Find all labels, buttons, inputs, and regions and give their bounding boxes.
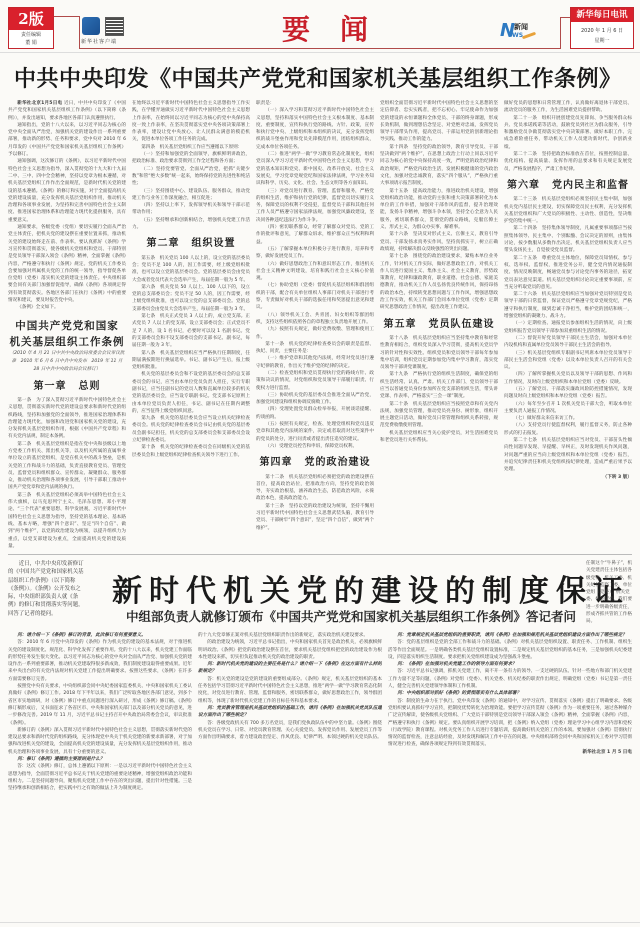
question: 问：请介绍一下《条例》修订的背景，此次修订有何重要意义。 — [8, 632, 192, 639]
divider — [0, 922, 640, 923]
chapter-heading: 第六章党内民主和监督 — [504, 182, 632, 189]
question: 问：修订《条例》遵循的主要原则是什么？ — [8, 756, 192, 763]
editor-label: 责任编辑 董 娟 — [9, 30, 53, 47]
brand-name: 新华每日电讯 — [571, 8, 633, 22]
regulation-title: 中国共产党党和国家 机关基层组织工作条例 — [8, 318, 126, 350]
story1-column-1: 新华社北京1月5日电 近日，中共中央印发了《中国共产党党和国家机关基层组织工作条… — [8, 100, 126, 552]
story1-column-4: 党组织全面贯彻习近平新时代中国特色社会主义思想的坚定信仰者、忠实实践者，把不忘初… — [380, 100, 498, 552]
story2-subheadline: 中组部负责人就修订颁布《中国共产党党和国家机关基层组织工作条例》答记者问 — [126, 607, 576, 625]
continued-note[interactable]: （下转 3 版） — [504, 474, 632, 481]
question: 问：《条例》在加强对机关党建工作的领导方面有何要求？ — [388, 661, 632, 668]
brand-date-box: 新华每日电讯 2020 年 1 月 6 日 星期一 — [570, 7, 634, 49]
story2-side-note: 任制这个“牛鼻子”，机关党建责任主体包括各级党委、机关工委、机关纪检监察工委、单… — [586, 560, 636, 626]
dateline: 新华社北京1月5日电 — [17, 101, 62, 106]
story2-intro: 近日，中共中央印发新修订的《中国共产党党和国家机关基层组织工作条例》（以下简称《… — [8, 560, 84, 618]
story2-column-2: 的十九大党章修正案对机关基层党组织职责作出的新规定，落实政治机关建设要求。 的政… — [198, 632, 382, 920]
byline: 新华社北京 1 月 5 日电 — [388, 749, 632, 756]
divider — [8, 554, 632, 555]
chapter-heading: 第一章总则 — [8, 383, 126, 390]
frame-line — [560, 17, 561, 49]
section-title: 要闻 — [282, 8, 398, 48]
frame-line — [79, 16, 80, 49]
story1-column-5: 做好党员的思想和日常管理工作，认真做好离退休干部党员、流动党员的服务工作，为生活… — [504, 100, 632, 552]
chapter-heading: 第二章组织设置 — [132, 240, 250, 247]
question: 问：党章规定机关基层党组织的重要职责，请问《条例》在加强和规范机关基层党组织建设… — [388, 632, 632, 639]
story1-column-3: 职责是： （一）深入学习和贯彻习近平新时代中国特色社会主义思想，坚持和落实中国特… — [256, 100, 374, 552]
page-number-box: 2版 责任编辑 董 娟 — [8, 7, 54, 49]
frame-line — [224, 48, 561, 49]
story1-column-2: 在始终以习近平新时代中国特色社会主义思想指导工作实践，在学懂弄通做实习近平新时代… — [132, 100, 250, 552]
issue-date: 2020 年 1 月 6 日 — [571, 27, 633, 34]
frame-line — [54, 16, 80, 17]
issue-weekday: 星期一 — [571, 37, 633, 44]
chapter-heading: 第四章党的政治建设 — [256, 459, 374, 466]
news-logo-icon: N 新闻 EWS — [500, 20, 540, 40]
question: 问：中央组织部对抓好《条例》的贯彻落实有什么具体部署？ — [388, 690, 632, 697]
page-number: 2版 — [9, 8, 53, 30]
frame-line — [560, 17, 570, 18]
story2-headline: 新时代机关党的建设的制度保证 — [112, 566, 630, 610]
frame-line — [79, 48, 225, 49]
xinhua-app-icon[interactable] — [82, 17, 100, 35]
story1-headline: 中共中央印发《中国共产党党和国家机关基层组织工作条例》 — [14, 62, 634, 93]
regulation-note: （2010 年 4 月 21 日中共中央政治局常委会会议审议批准 2010 年 … — [8, 350, 126, 374]
chapter-heading: 第五章党员队伍建设 — [380, 321, 498, 328]
app-label: 新华社客户端 — [81, 38, 117, 45]
story2-column-1: 问：请介绍一下《条例》修订的背景，此次修订有何重要意义。 答：2010 年 6 … — [8, 632, 192, 920]
story2-column-3: 问：党章规定机关基层党组织的重要职责，请问《条例》在加强和规范机关基层党组织建设… — [388, 632, 632, 920]
qr-code-icon[interactable] — [105, 17, 124, 36]
question: 问：新时代机关党的建设的主要任务是什么？请介绍一下《条例》在这方面有什么样的新规… — [198, 661, 382, 676]
question: 问：党员教育管理是机关基层党组织的基础工作，请问《条例》在加强机关党员队伍建设方… — [198, 705, 382, 720]
masthead: 2版 责任编辑 董 娟 新华社客户端 要闻 N 新闻 EWS 新华每日电讯 20… — [0, 0, 640, 52]
divider — [0, 52, 640, 53]
